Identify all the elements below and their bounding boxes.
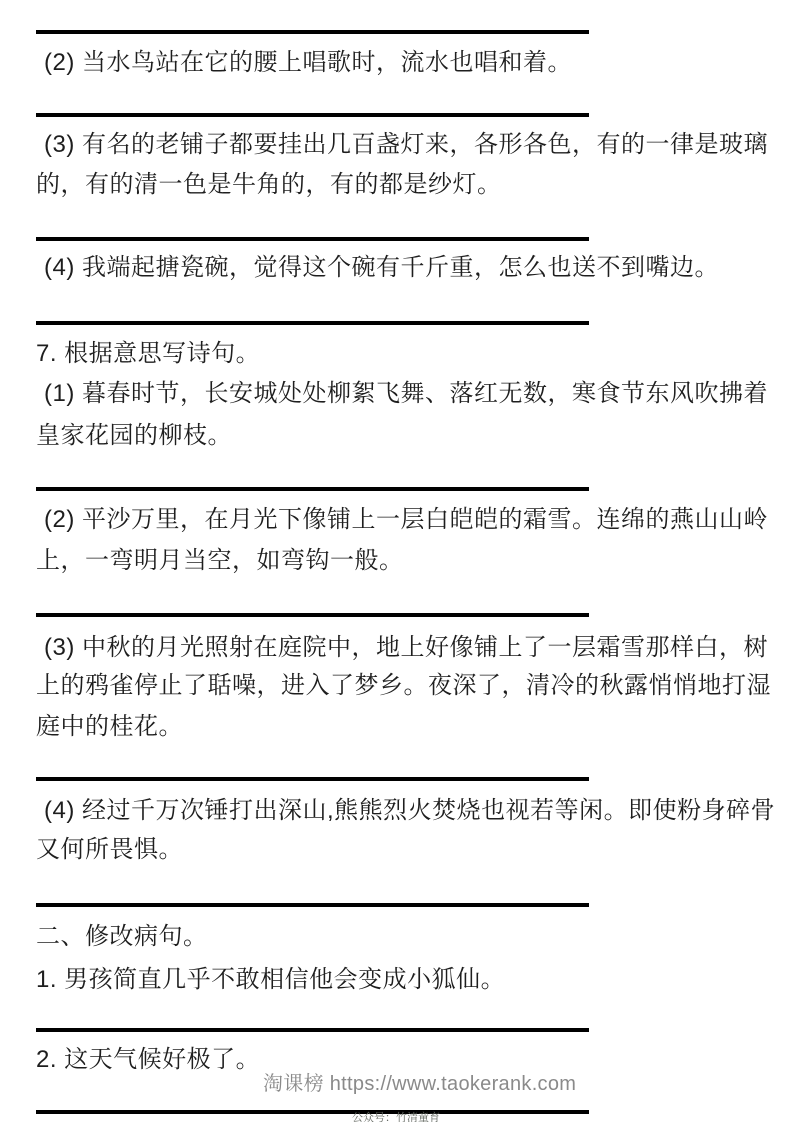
sentence-line: 上，一弯明月当空，如弯钩一般。 [36, 548, 404, 574]
answer-blank-rule [36, 321, 589, 325]
section2-heading: 二、修改病句。 [36, 924, 208, 950]
sentence-line: (2) 当水鸟站在它的腰上唱歌时，流水也唱和着。 [44, 50, 572, 76]
footer-account-note: 公众号：竹清童育 [352, 1112, 440, 1122]
answer-blank-rule [36, 777, 589, 781]
sentence-line: 庭中的桂花。 [36, 714, 183, 740]
sentence-line: 上的鸦雀停止了聒噪，进入了梦乡。夜深了，清冷的秋露悄悄地打湿 [36, 673, 771, 699]
sentence-line: (1) 暮春时节，长安城处处柳絮飞舞、落红无数，寒食节东风吹拂着 [44, 381, 768, 407]
sentence-line: 又何所畏惧。 [36, 837, 183, 863]
sentence-line: (3) 中秋的月光照射在庭院中，地上好像铺上了一层霜雪那样白，树 [44, 635, 768, 661]
answer-blank-rule [36, 1110, 589, 1114]
sentence-line: (4) 经过千万次锤打出深山,熊熊烈火焚烧也视若等闲。即使粉身碎骨 [44, 798, 775, 824]
answer-blank-rule [36, 1028, 589, 1032]
answer-blank-rule [36, 30, 589, 34]
sentence-line: 的，有的清一色是牛角的，有的都是纱灯。 [36, 172, 502, 198]
watermark-text: 淘课榜 https://www.taokerank.com [263, 1073, 576, 1095]
answer-blank-rule [36, 903, 589, 907]
question7-heading: 7. 根据意思写诗句。 [36, 341, 260, 367]
sentence-line: 皇家花园的柳枝。 [36, 423, 232, 449]
sentence-line: (4) 我端起搪瓷碗，觉得这个碗有千斤重，怎么也送不到嘴边。 [44, 255, 719, 281]
answer-blank-rule [36, 487, 589, 491]
sentence-line: 2. 这天气候好极了。 [36, 1047, 260, 1073]
sentence-line: (3) 有名的老铺子都要挂出几百盏灯来，各形各色，有的一律是玻璃 [44, 132, 768, 158]
worksheet-page: (2) 当水鸟站在它的腰上唱歌时，流水也唱和着。 (3) 有名的老铺子都要挂出几… [0, 0, 793, 1122]
sentence-line: 1. 男孩简直几乎不敢相信他会变成小狐仙。 [36, 967, 505, 993]
sentence-line: (2) 平沙万里，在月光下像铺上一层白皑皑的霜雪。连绵的燕山山岭 [44, 507, 768, 533]
answer-blank-rule [36, 237, 589, 241]
answer-blank-rule [36, 113, 589, 117]
answer-blank-rule [36, 613, 589, 617]
